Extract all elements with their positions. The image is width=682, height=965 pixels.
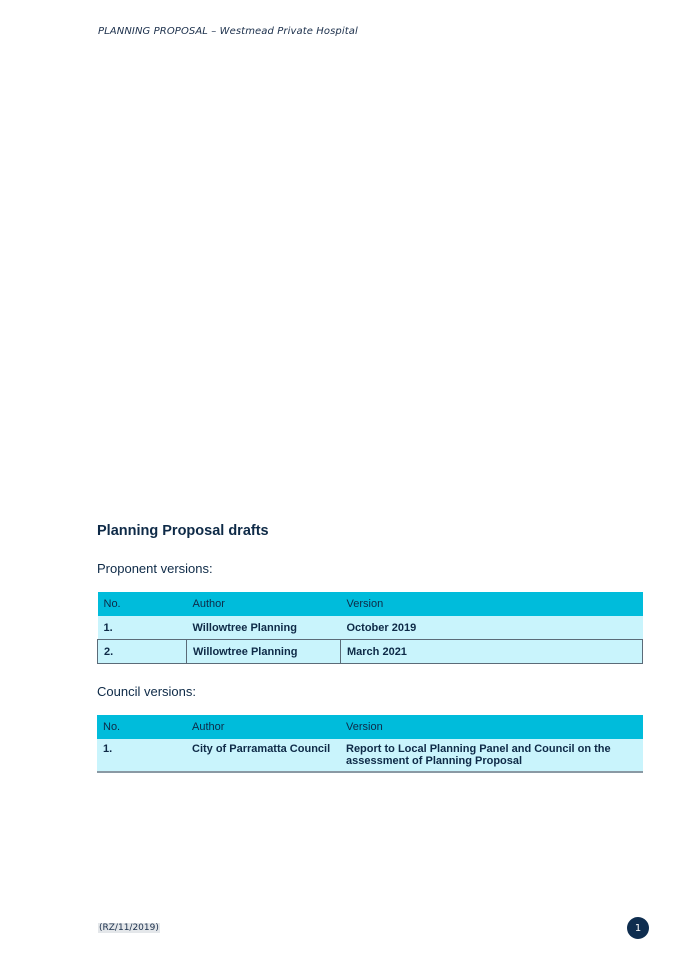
cell-author: City of Parramatta Council — [186, 739, 340, 772]
cell-author: Willowtree Planning — [187, 640, 341, 664]
column-header-version: Version — [340, 715, 643, 739]
cell-no: 1. — [98, 616, 187, 640]
table-row: 2. Willowtree Planning March 2021 — [98, 640, 643, 664]
cell-author: Willowtree Planning — [187, 616, 341, 640]
council-versions-label: Council versions: — [97, 684, 196, 699]
cell-no: 2. — [98, 640, 187, 664]
column-header-no: No. — [98, 592, 187, 616]
table-row: 1. City of Parramatta Council Report to … — [97, 739, 643, 772]
proponent-versions-label: Proponent versions: — [97, 561, 213, 576]
council-versions-table: No. Author Version 1. City of Parramatta… — [97, 715, 643, 773]
column-header-no: No. — [97, 715, 186, 739]
cell-version: March 2021 — [341, 640, 643, 664]
column-header-author: Author — [187, 592, 341, 616]
column-header-author: Author — [186, 715, 340, 739]
cell-no: 1. — [97, 739, 186, 772]
table-header-row: No. Author Version — [97, 715, 643, 739]
section-title: Planning Proposal drafts — [97, 523, 269, 539]
footer-reference: (RZ/11/2019) — [98, 923, 160, 933]
page-number-badge: 1 — [627, 917, 649, 939]
column-header-version: Version — [341, 592, 643, 616]
table-header-row: No. Author Version — [98, 592, 643, 616]
running-header: PLANNING PROPOSAL – Westmead Private Hos… — [98, 26, 358, 37]
table-row: 1. Willowtree Planning October 2019 — [98, 616, 643, 640]
proponent-versions-table: No. Author Version 1. Willowtree Plannin… — [97, 592, 643, 664]
cell-version: October 2019 — [341, 616, 643, 640]
cell-version: Report to Local Planning Panel and Counc… — [340, 739, 643, 772]
